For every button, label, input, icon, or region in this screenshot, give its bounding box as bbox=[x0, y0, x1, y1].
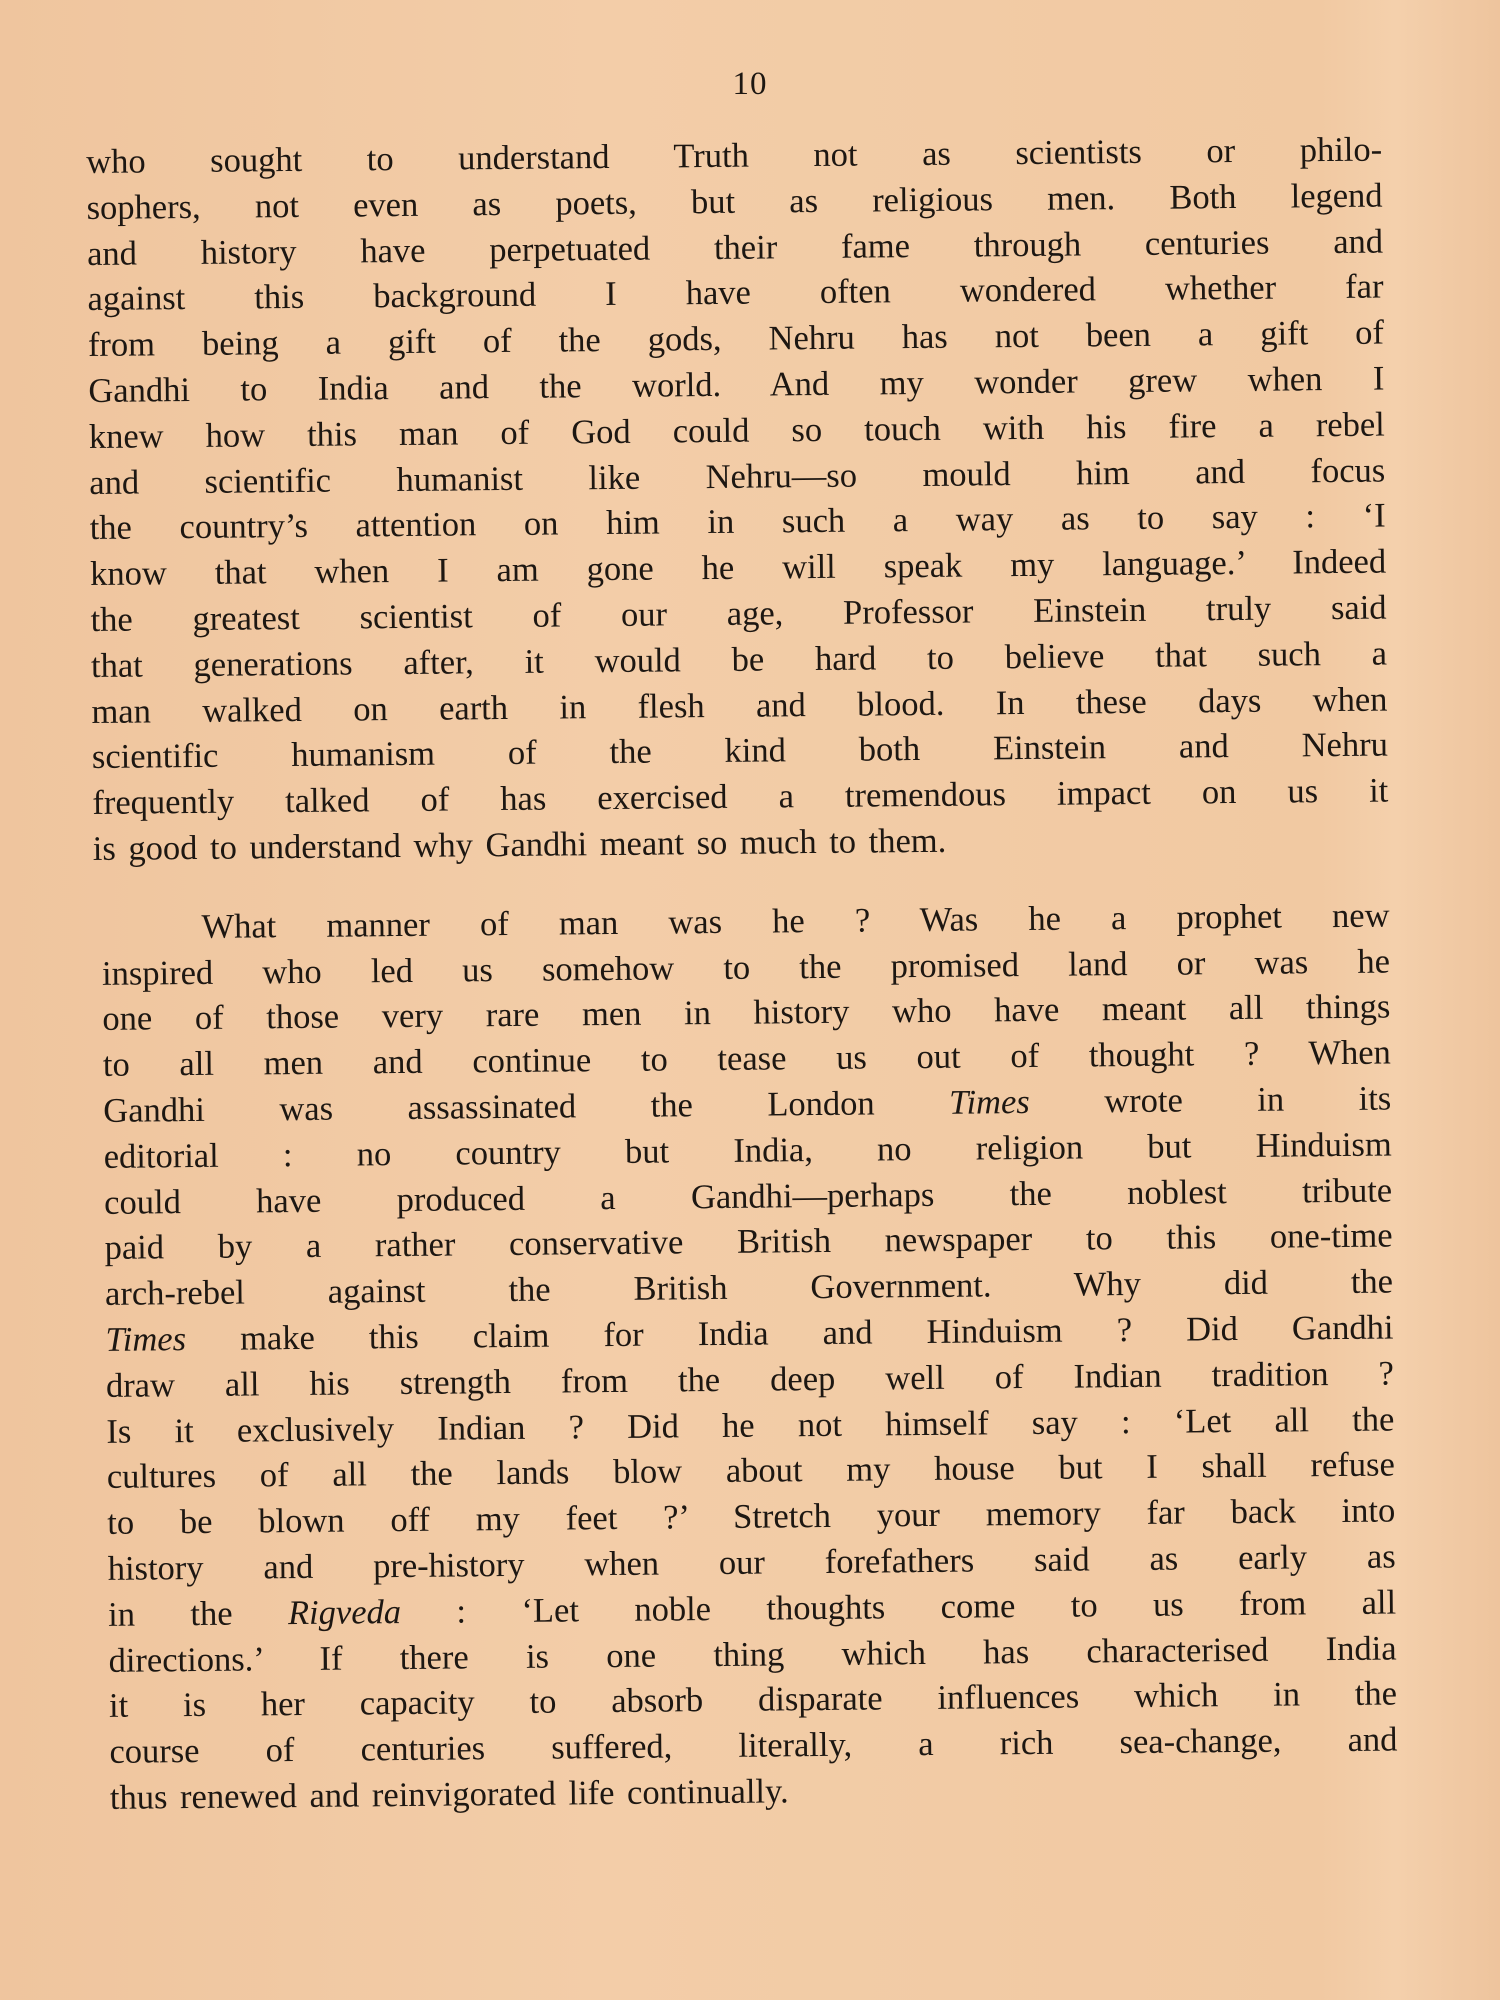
text-run: make this claim for India and Hinduism ?… bbox=[186, 1308, 1394, 1358]
paragraph-1: who sought to understand Truth not as sc… bbox=[86, 128, 1389, 873]
italic-title: Times bbox=[949, 1083, 1030, 1122]
text-run: in the bbox=[108, 1594, 288, 1634]
text-run: Gandhi was assassinated the London bbox=[103, 1084, 949, 1130]
italic-title: Rigveda bbox=[288, 1593, 401, 1632]
body-text: who sought to understand Truth not as sc… bbox=[86, 128, 1398, 1822]
paragraph-2: What manner of man was he ? Was he a pro… bbox=[101, 893, 1398, 1821]
text-run: : ‘Let noble thoughts come to us from al… bbox=[401, 1583, 1396, 1631]
page-number: 10 bbox=[0, 66, 1500, 103]
italic-title: Times bbox=[105, 1320, 186, 1359]
text-run: wrote in its bbox=[1030, 1079, 1392, 1120]
